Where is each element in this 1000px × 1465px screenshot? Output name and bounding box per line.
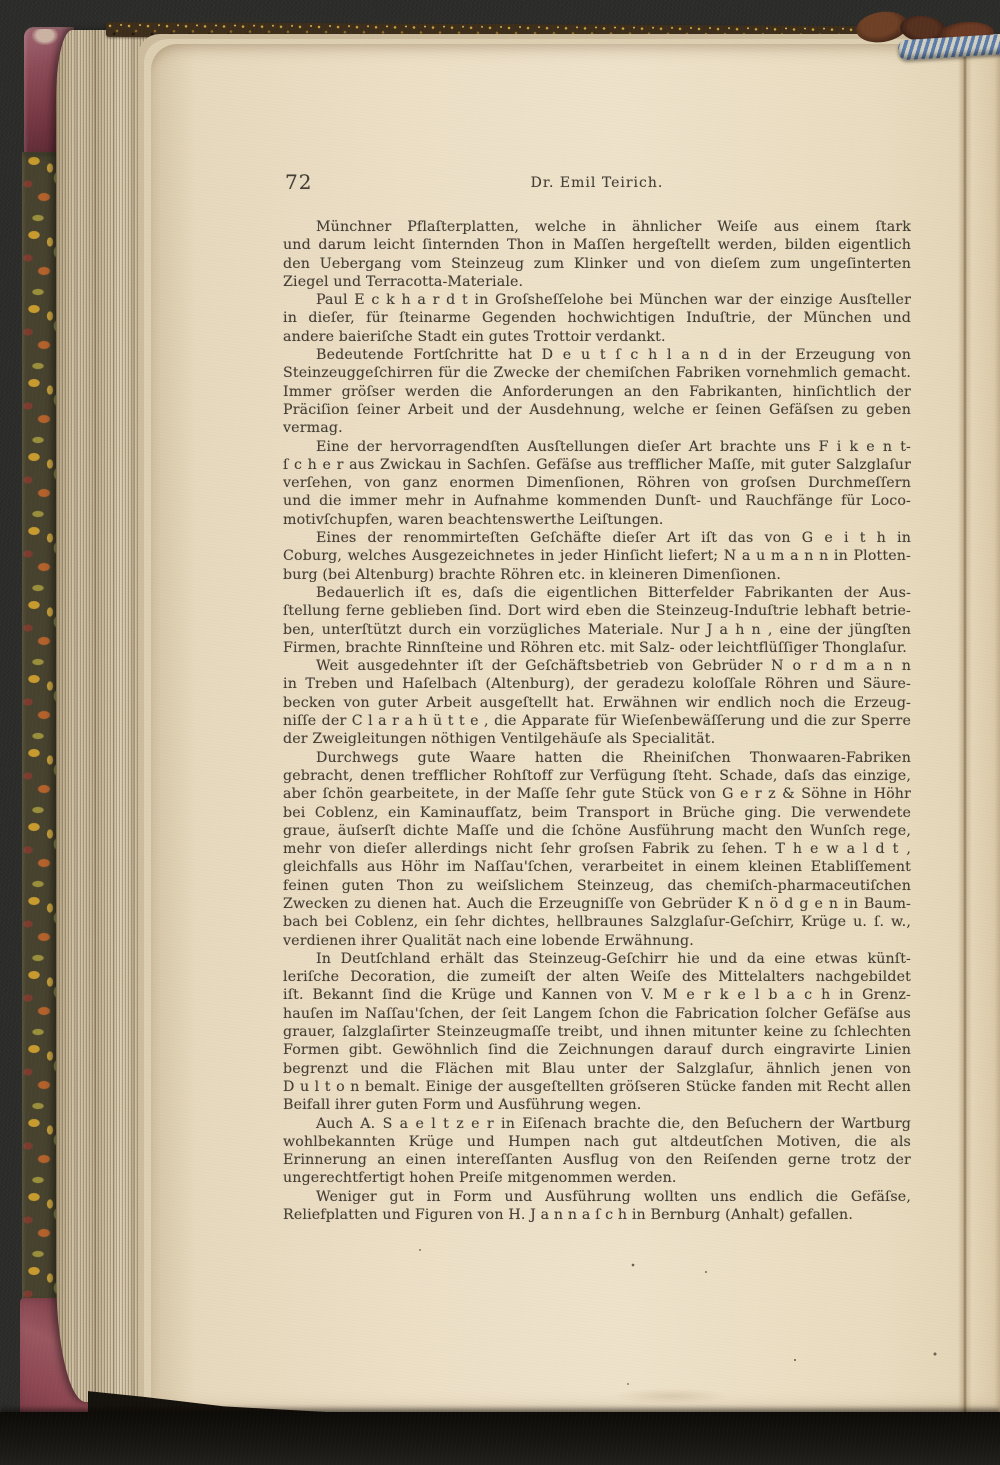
text-line: leriſche Decoration, die zumeiſt der alt…: [283, 968, 911, 986]
text-line: mehr von dieſer allerdings nicht ſehr gr…: [283, 840, 911, 858]
text-line: Zwecken zu dienen hat. Auch die Erzeugni…: [283, 895, 911, 913]
text-line: verſehen, von ganz enormen Dimenſionen, …: [283, 474, 911, 492]
text-line: Bedauerlich iſt es, daſs die eigentliche…: [283, 584, 911, 602]
text-line: und die immer mehr in Aufnahme kommenden…: [283, 492, 911, 510]
text-line: wohlbekannten Krüge und Humpen nach gut …: [283, 1133, 911, 1151]
text-line: Ziegel und Terracotta-Materiale.: [283, 273, 911, 291]
text-line: D u l t o n bemalt. Einige der ausgeſtel…: [283, 1078, 911, 1096]
text-line: Firmen, brachte Rinnſteine und Röhren et…: [283, 639, 911, 657]
text-line: Steinzeuggeſchirren für die Zwecke der c…: [283, 364, 911, 382]
body-text: Münchner Pflaſterplatten, welche in ähnl…: [283, 218, 911, 1224]
text-line: bach bei Coblenz, ein ſehr dichtes, hell…: [283, 913, 911, 931]
text-line: ſ c h e r aus Zwickau in Sachſen. Gefäſs…: [283, 456, 911, 474]
text-line: den Uebergang vom Steinzeug zum Klinker …: [283, 255, 911, 273]
text-line: ungerechtfertigt hohen Preiſe mitgenomme…: [283, 1169, 911, 1187]
text-line: Bedeutende Fortſchritte hat D e u t ſ c …: [283, 346, 911, 364]
text-line: In Deutſchland erhält das Steinzeug-Geſc…: [283, 950, 911, 968]
text-line: Beifall ihrer guten Form und Ausführung …: [283, 1096, 911, 1114]
text-line: und darum leicht ſinternden Thon in Maſſ…: [283, 236, 911, 254]
text-line: Eines der renommirteſten Geſchäfte dieſe…: [283, 529, 911, 547]
text-line: der Zweigleitungen nöthigen Ventilgehäuſ…: [283, 730, 911, 748]
text-line: Reliefplatten und Figuren von H. J a n n…: [283, 1206, 911, 1224]
text-line: Präciſion ſeiner Arbeit und der Ausdehnu…: [283, 401, 911, 419]
text-line: feinen guten Thon zu weiſslichem Steinze…: [283, 877, 911, 895]
text-line: aber ſchön gearbeitete, in der Maſſe ſeh…: [283, 785, 911, 803]
text-line: burg (bei Altenburg) brachte Röhren etc.…: [283, 566, 911, 584]
text-line: Formen gibt. Gewöhnlich ſind die Zeichnu…: [283, 1041, 911, 1059]
gutter-crease: [958, 44, 972, 1414]
text-line: vermag.: [283, 419, 911, 437]
text-line: graue, äuſserſt dichte Maſſe und die ſch…: [283, 822, 911, 840]
text-line: ſtellung ferne geblieben ſind. Dort wird…: [283, 602, 911, 620]
book-photo-scene: 72 Dr. Emil Teirich. Münchner Pflaſterpl…: [0, 0, 1000, 1465]
text-line: Münchner Pflaſterplatten, welche in ähnl…: [283, 218, 911, 236]
text-line: Auch A. S a e l t z e r in Eiſenach brac…: [283, 1115, 911, 1133]
text-line: Durchwegs gute Waare hatten die Rheiniſc…: [283, 749, 911, 767]
page-header: 72 Dr. Emil Teirich.: [283, 170, 911, 197]
text-line: grauer, ſalzglaſirter Steinzeugmaſſe tre…: [283, 1023, 911, 1041]
text-line: bei Coblenz, ein Kaminaufſatz, beim Tran…: [283, 804, 911, 822]
running-header: Dr. Emil Teirich.: [283, 175, 911, 191]
text-line: ben, unterſtützt durch ein vorzügliches …: [283, 621, 911, 639]
text-line: Paul E c k h a r d t in Groſsheſſelohe b…: [283, 291, 911, 309]
text-line: becken von guter Arbeit ausgeſtellt hat.…: [283, 694, 911, 712]
text-line: hauſen im Naſſau'ſchen, der ſeit Langem …: [283, 1005, 911, 1023]
text-line: verdienen ihrer Qualität nach eine loben…: [283, 932, 911, 950]
text-block: 72 Dr. Emil Teirich. Münchner Pflaſterpl…: [283, 170, 911, 1224]
gutter-shade: [972, 44, 1000, 1414]
text-line: Erinnerung an einen intereſſanten Ausflu…: [283, 1151, 911, 1169]
text-line: Coburg, welches Ausgezeichnetes in jeder…: [283, 547, 911, 565]
text-line: begrenzt und die Flächen mit Blau unter …: [283, 1060, 911, 1078]
text-line: gebracht, denen trefflicher Rohſtoff zur…: [283, 767, 911, 785]
text-line: motivſchupfen, waren beachtenswerthe Lei…: [283, 511, 911, 529]
text-line: Immer gröſser werden die Anforderungen a…: [283, 383, 911, 401]
text-line: in Treben und Haſelbach (Altenburg), der…: [283, 675, 911, 693]
text-line: Eine der hervorragendſten Ausſtellungen …: [283, 438, 911, 456]
text-line: gleichfalls aus Höhr im Naſſau'ſchen, ve…: [283, 858, 911, 876]
text-line: in dieſer, für ſteinarme Gegenden hochwi…: [283, 309, 911, 327]
shadow-bottom: [0, 1412, 1000, 1465]
text-line: niſſe der C l a r a h ü t t e , die Appa…: [283, 712, 911, 730]
text-line: andere baieriſche Stadt ein gutes Trotto…: [283, 328, 911, 346]
text-line: Weit ausgedehnter iſt der Geſchäftsbetri…: [283, 657, 911, 675]
text-line: iſt. Bekannt ſind die Krüge und Kannen v…: [283, 986, 911, 1004]
text-line: Weniger gut in Form und Ausführung wollt…: [283, 1188, 911, 1206]
